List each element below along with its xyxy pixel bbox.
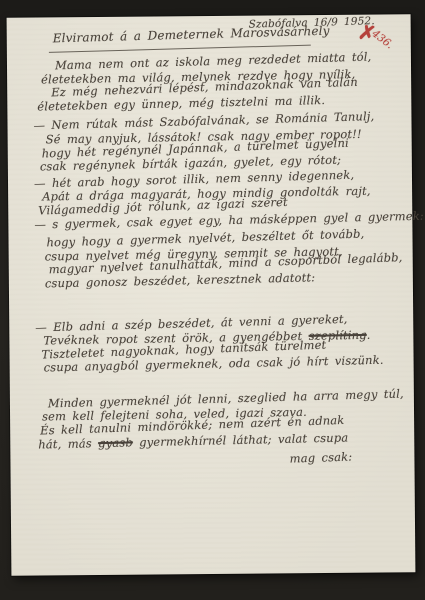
stanza: — Elb adni a szép beszédet, át venni a g… — [35, 318, 409, 376]
manuscript-title: Elviramot á a Demeternek Marosvásárhely — [53, 25, 330, 46]
trailer-line: mag csak: — [36, 449, 410, 476]
struck-out-word: gyasb — [98, 435, 133, 450]
stanza: Mama nem ont az iskola meg rezdedet miat… — [33, 56, 407, 114]
stanza: — hét arab hogy sorot illik, nem senny i… — [34, 174, 408, 232]
title-block: Elviramot á a Demeternek Marosvásárhely — [53, 30, 330, 46]
stanza: — Nem rútak mást Szabófalvának, se Román… — [33, 117, 407, 175]
stanza: hogy hogy a gyermek nyelvét, beszéltet ő… — [34, 233, 408, 291]
poem-body: Mama nem ont az iskola meg rezdedet miat… — [33, 56, 411, 475]
scanned-page-background: { "colors": { "surround": "#24221e", "pa… — [0, 0, 425, 600]
red-catalog-number: 436. — [370, 28, 396, 52]
stanza: Minden gyermeknél jót lenni, szeglied ha… — [36, 394, 410, 452]
manuscript-paper-sheet: Szabófalva 16/9 1952. Elviramot á a Deme… — [7, 14, 416, 576]
